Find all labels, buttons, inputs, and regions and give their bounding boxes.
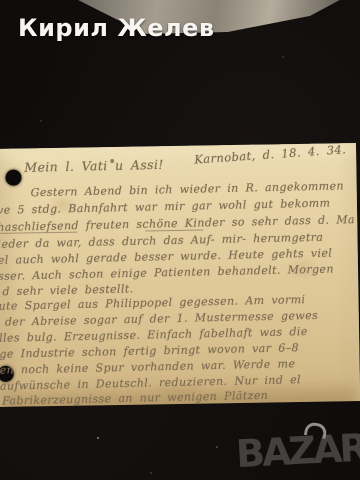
hole-punch (5, 170, 21, 186)
dust-speck (150, 472, 152, 474)
handwritten-letter: Karnobat, d. 18. 4. 34. Mein l. Vati u A… (0, 143, 360, 407)
dust-speck (282, 56, 284, 58)
bazar-watermark: BAZAR (235, 421, 360, 480)
dust-speck (97, 437, 99, 439)
auction-photo: Кирил Желев Karnobat, d. 18. 4. 34. Mein… (0, 0, 360, 480)
dust-speck (216, 446, 218, 448)
letter-greeting: Mein l. Vati u Assi! (24, 157, 164, 175)
seller-name-overlay: Кирил Желев (18, 14, 215, 42)
letter-body-line: Gestern Abend bin ich wieder in R. angek… (31, 179, 345, 199)
dust-speck (40, 120, 42, 122)
ink-underline (145, 230, 203, 232)
ink-underline (0, 232, 77, 234)
bazar-logo-text: BAZAR (235, 421, 360, 480)
letter-body-line: d sehr viele bestellt. (2, 282, 133, 298)
letter-date-line: Karnobat, d. 18. 4. 34. (194, 142, 347, 166)
